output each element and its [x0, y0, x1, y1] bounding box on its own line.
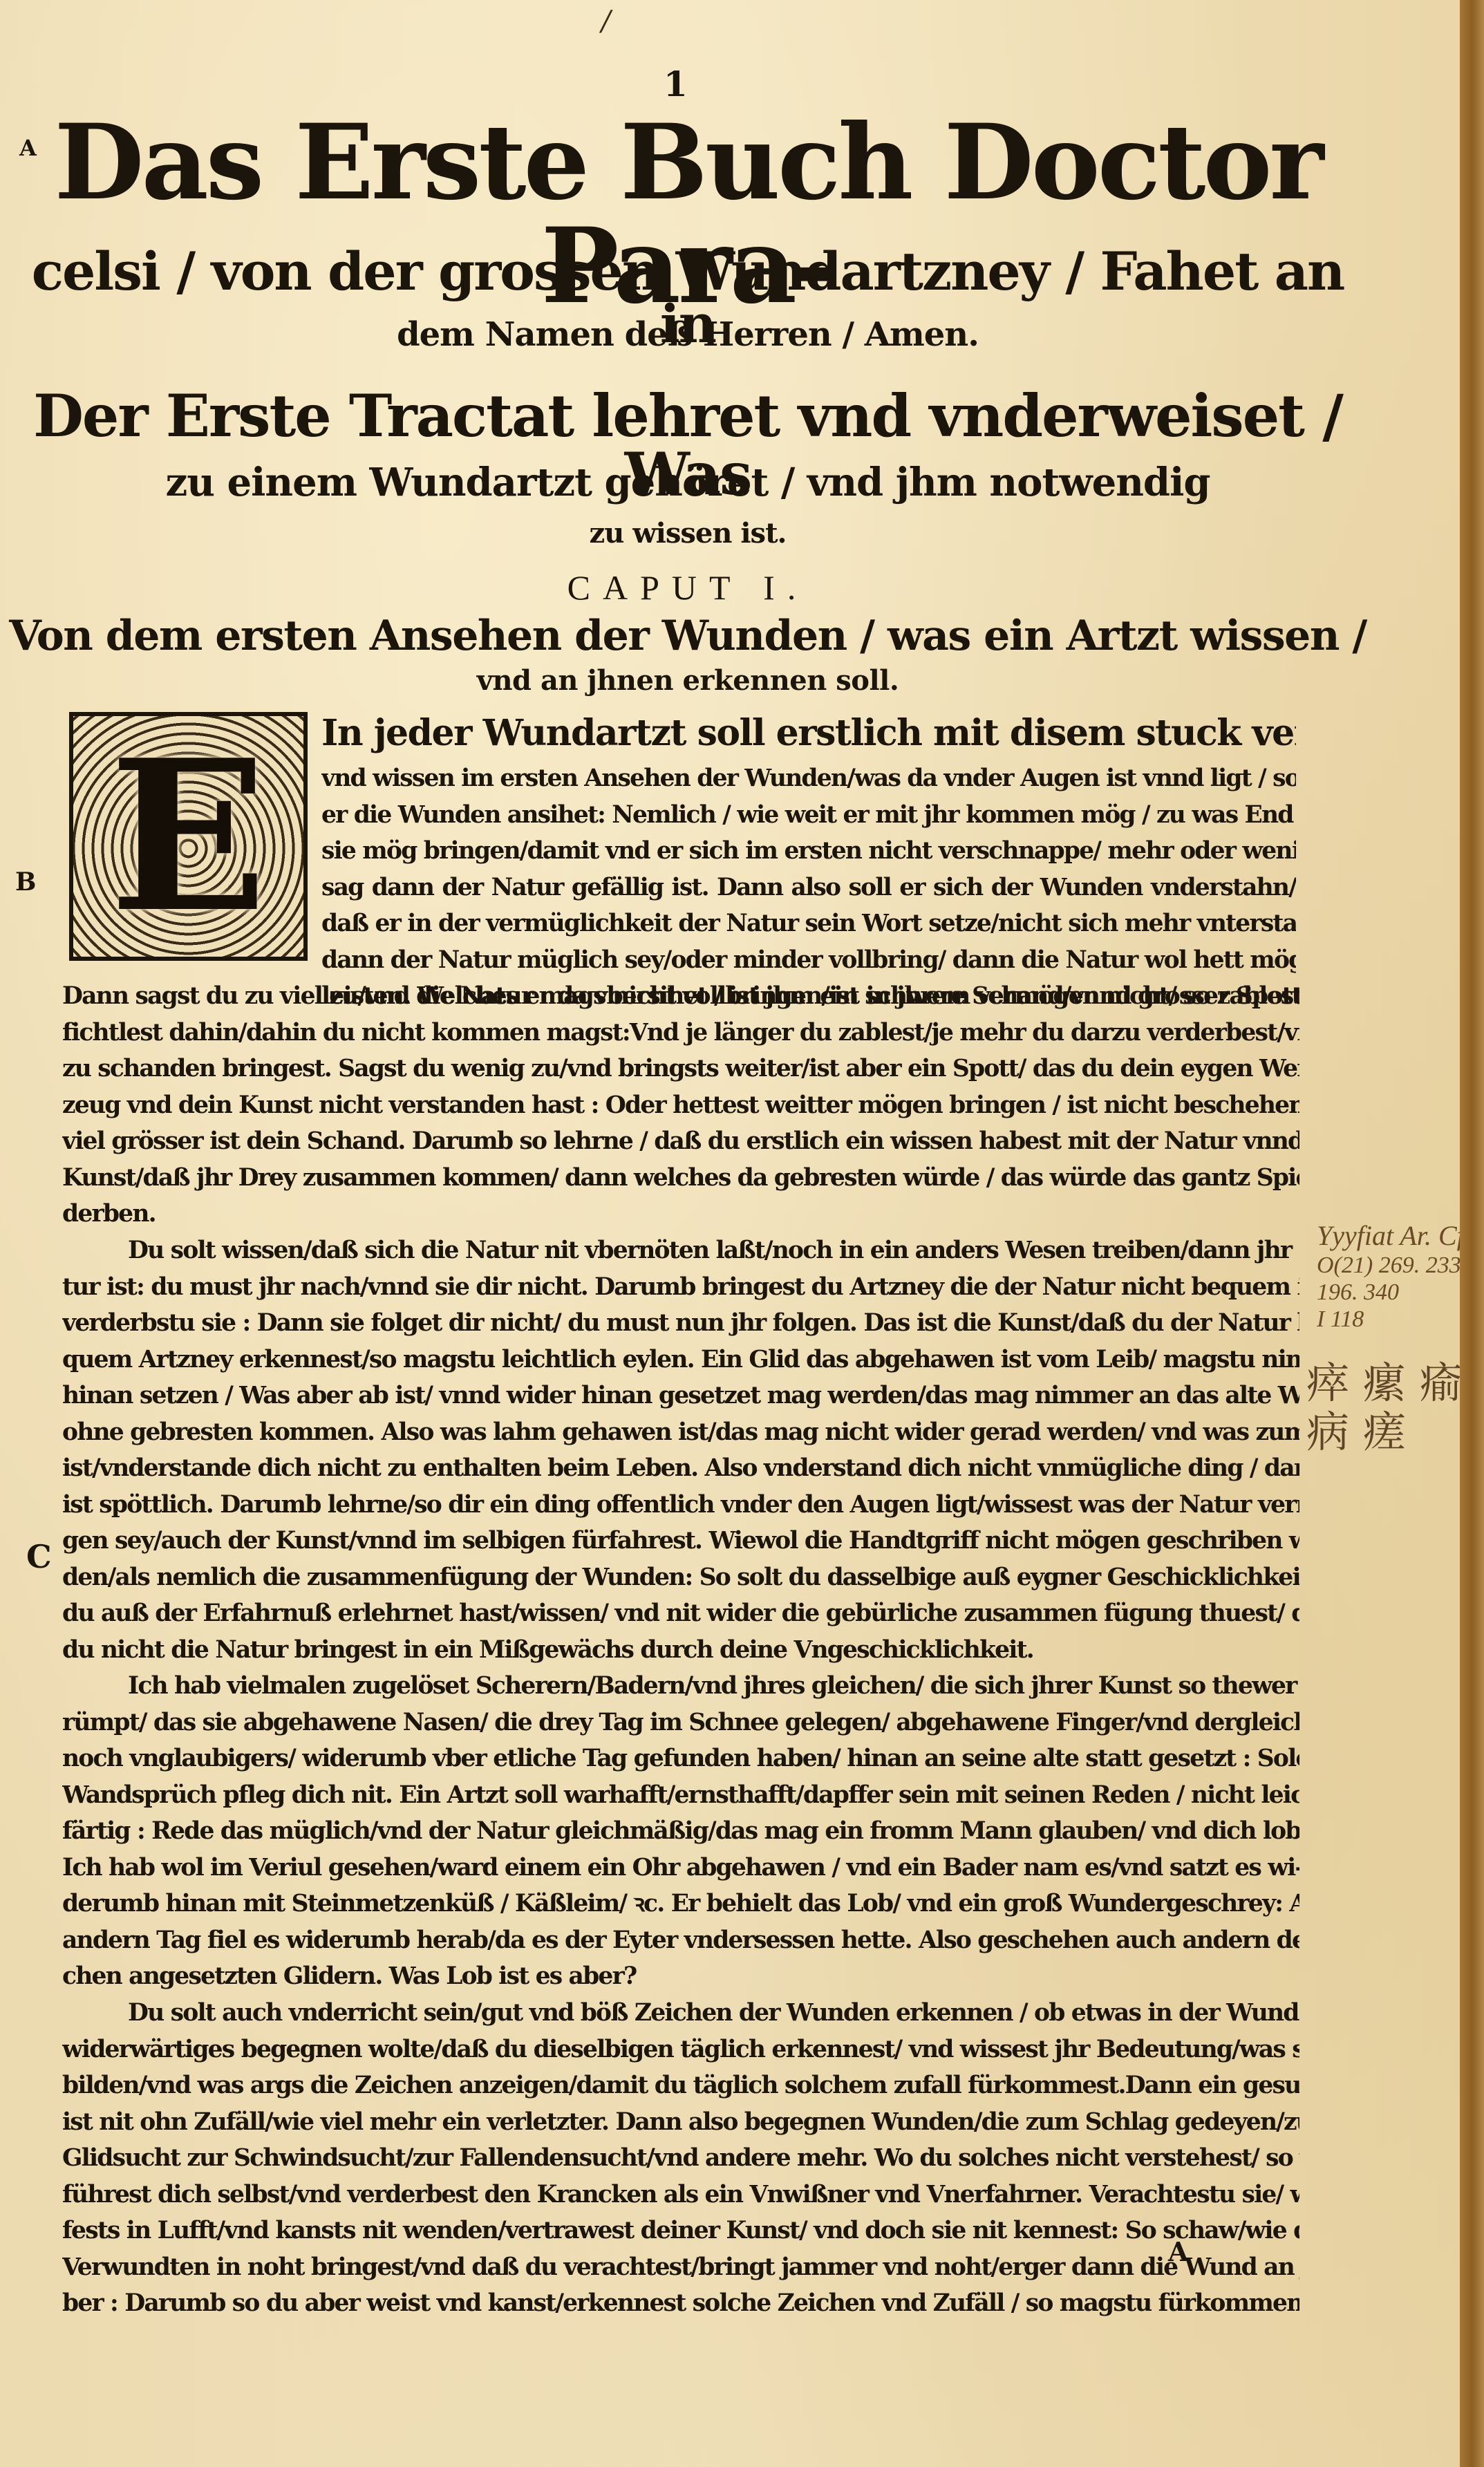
margin-letter-b: B: [15, 867, 36, 897]
cjk-annotation: 瘁 瘰 瘉 病 瘥: [1306, 1358, 1462, 1457]
text-line: Dann sagst du zu viel zu/vnd die Natur m…: [62, 978, 1299, 1015]
lead-line: In jeder Wundartzt soll erstlich mit dis…: [321, 706, 1296, 760]
book-spine-edge: [1460, 0, 1484, 2467]
text-line: ist nit ohn Zufäll/wie viel mehr ein ver…: [62, 2104, 1299, 2141]
text-line: quem Artzney erkennest/so magstu leichtl…: [62, 1342, 1299, 1378]
text-line: zeug vnd dein Kunst nicht verstanden has…: [62, 1087, 1299, 1124]
decorated-initial: E: [69, 712, 308, 961]
text-line: er die Wunden ansihet: Nemlich / wie wei…: [321, 797, 1296, 834]
text-line: bilden/vnd was args die Zeichen anzeigen…: [62, 2067, 1299, 2104]
chapter-title-line-1: Von dem ersten Ansehen der Wunden / was …: [0, 615, 1375, 657]
annotation-line: Yyyfiat Ar. Cf. 2: [1317, 1220, 1484, 1252]
text-line: chen angesetzten Glidern. Was Lob ist es…: [62, 1958, 1299, 1995]
text-line: führest dich selbst/vnd verderbest den K…: [62, 2177, 1299, 2213]
paragraph-4: Du solt auch vnderricht sein/gut vnd böß…: [62, 1995, 1299, 2322]
text-line: Verwundten in noht bringest/vnd daß du v…: [62, 2249, 1299, 2286]
text-line: noch vnglaubigers/ widerumb vber etliche…: [62, 1741, 1299, 1777]
text-line: Wandsprüch pfleg dich nit. Ein Artzt sol…: [62, 1777, 1299, 1814]
text-line: vnd wissen im ersten Ansehen der Wunden/…: [321, 760, 1296, 797]
folio-number: 1: [664, 64, 688, 104]
text-line: Ich hab vielmalen zugelöset Scherern/Bad…: [62, 1668, 1299, 1705]
annotation-line: I 118: [1317, 1306, 1484, 1333]
text-line: färtig : Rede das müglich/vnd der Natur …: [62, 1813, 1299, 1850]
paragraph-2: Du solt wissen/daß sich die Natur nit vb…: [62, 1232, 1299, 1668]
text-line: derben.: [62, 1196, 1299, 1232]
initial-letter-glyph: E: [109, 733, 267, 940]
text-line: du nicht die Natur bringest in ein Mißge…: [62, 1632, 1299, 1669]
catchword: A: [1168, 2236, 1188, 2267]
cjk-char: 瘁: [1306, 1358, 1349, 1408]
text-line: rümpt/ das sie abgehawene Nasen/ die dre…: [62, 1705, 1299, 1741]
book-title-line-3: dem Namen deß Herren / Amen.: [0, 318, 1375, 351]
text-line: viel grösser ist dein Schand. Darumb so …: [62, 1123, 1299, 1160]
text-line: gen sey/auch der Kunst/vnnd im selbigen …: [62, 1523, 1299, 1559]
text-line: andern Tag fiel es widerumb herab/da es …: [62, 1922, 1299, 1959]
text-line: sag dann der Natur gefällig ist. Dann al…: [321, 870, 1296, 906]
annotation-line: 196. 340: [1317, 1279, 1484, 1306]
paragraph-1: Dann sagst du zu viel zu/vnd die Natur m…: [62, 978, 1299, 1232]
text-line: Ich hab wol im Veriul gesehen/ward einem…: [62, 1850, 1299, 1886]
text-line: Glidsucht zur Schwindsucht/zur Fallenden…: [62, 2140, 1299, 2177]
handwritten-annotation: Yyyfiat Ar. Cf. 2 O(21) 269. 233. 207 19…: [1317, 1220, 1484, 1333]
opening-text-block: In jeder Wundartzt soll erstlich mit dis…: [321, 706, 1296, 1015]
cjk-char: 瘉: [1419, 1358, 1462, 1408]
text-line: ist/vnderstande dich nicht zu enthalten …: [62, 1450, 1299, 1487]
text-line: den/als nemlich die zusammenfügung der W…: [62, 1559, 1299, 1596]
text-line: sie mög bringen/damit vnd er sich im ers…: [321, 833, 1296, 870]
text-line: verderbstu sie : Dann sie folget dir nic…: [62, 1305, 1299, 1342]
text-line: dann der Natur müglich sey/oder minder v…: [321, 942, 1296, 979]
text-line: fichtlest dahin/dahin du nicht kommen ma…: [62, 1015, 1299, 1051]
annotation-line: O(21) 269. 233. 207: [1317, 1252, 1484, 1279]
cjk-char: 病: [1306, 1407, 1349, 1457]
text-line: daß er in der vermüglichkeit der Natur s…: [321, 906, 1296, 942]
tract-heading-line-3: zu wissen ist.: [0, 520, 1375, 547]
text-line: tur ist: du must jhr nach/vnnd sie dir n…: [62, 1269, 1299, 1306]
tract-heading-line-2: zu einem Wundartzt gehöret / vnd jhm not…: [0, 463, 1375, 502]
cjk-char: 瘥: [1363, 1407, 1406, 1457]
text-line: derumb hinan mit Steinmetzenküß / Käßlei…: [62, 1886, 1299, 1922]
text-line: Du solt wissen/daß sich die Natur nit vb…: [62, 1232, 1299, 1269]
text-line: zu schanden bringest. Sagst du wenig zu/…: [62, 1051, 1299, 1087]
text-line: hinan setzen / Was aber ab ist/ vnnd wid…: [62, 1378, 1299, 1414]
text-line: Du solt auch vnderricht sein/gut vnd böß…: [62, 1995, 1299, 2032]
text-line: Kunst/daß jhr Drey zusammen kommen/ dann…: [62, 1160, 1299, 1197]
chapter-title-line-2: vnd an jhnen erkennen soll.: [0, 667, 1375, 695]
book-page: / 1 A B C Das Erste Buch Doctor Para- ce…: [0, 0, 1465, 2467]
margin-letter-c: C: [26, 1538, 52, 1575]
paragraph-3: Ich hab vielmalen zugelöset Scherern/Bad…: [62, 1668, 1299, 1995]
text-line: fests in Lufft/vnd kansts nit wenden/ver…: [62, 2213, 1299, 2249]
caput-heading: CAPUT I.: [0, 570, 1375, 605]
text-line: ber : Darumb so du aber weist vnd kanst/…: [62, 2285, 1299, 2322]
text-line: du auß der Erfahrnuß erlehrnet hast/wiss…: [62, 1595, 1299, 1632]
text-line: ohne gebresten kommen. Also was lahm geh…: [62, 1414, 1299, 1451]
text-line: widerwärtiges begegnen wolte/daß du dies…: [62, 2032, 1299, 2068]
ink-mark: /: [601, 6, 610, 37]
cjk-char: 瘰: [1363, 1358, 1406, 1408]
text-line: ist spöttlich. Darumb lehrne/so dir ein …: [62, 1487, 1299, 1523]
